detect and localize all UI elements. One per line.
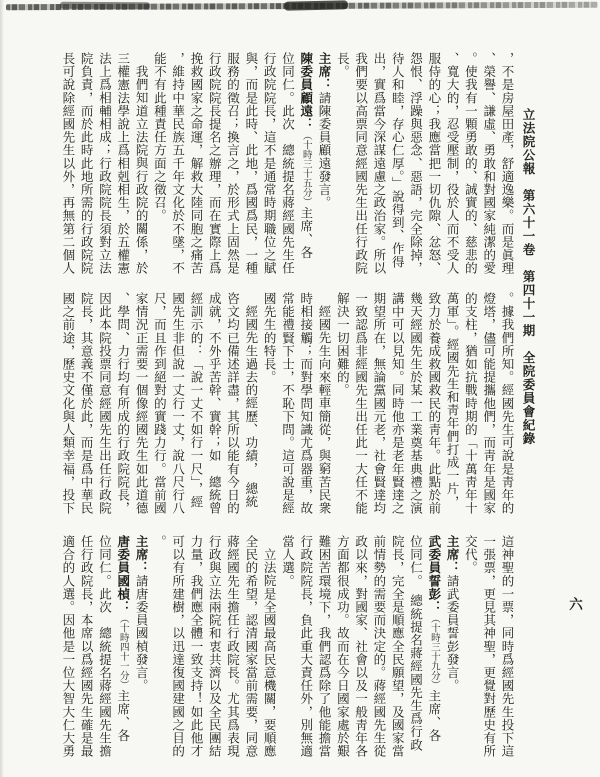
speaker-name: 武委員誓彭：: [427, 535, 441, 614]
text-run: 燈塔，儘可能提攜他們，而靑年是國家: [482, 292, 496, 515]
speaker-name: 主席：: [445, 535, 459, 574]
text-run: 萬軍」。經國先生和靑年們打成一片，: [445, 292, 459, 508]
register-top: ，不是房屋田產，舒適逸樂。而是眞理、榮譽、謙虛、勇敢和對國家純潔的愛。使我有一顆…: [50, 52, 516, 276]
text-column: 講中可以見知。同時他亦是老年賢達之: [388, 292, 406, 516]
text-run: 交代。: [463, 535, 477, 574]
text-column: 期望所在，無論黨國元老，社會賢達均: [370, 292, 388, 516]
text-run: 行政院院長提名之辦理，而在實際上爲: [207, 52, 221, 275]
text-column: 蔣經國先生擔任行政院長。尤其爲表現: [223, 535, 241, 777]
text-run: 家情況正需要一個像經國先生如此道德: [134, 292, 148, 515]
text-run: 位同仁。此次 總統提名蔣經國先生任: [280, 52, 294, 275]
text-column: 因此本院投票同意經國先生出任行政院: [95, 292, 113, 516]
text-column: 待人和睦，存心仁厚。」說得到、作得: [388, 52, 406, 276]
text-run: 院長，完全是順應全民願望，及國家當: [390, 535, 404, 758]
text-run: 行政與立法兩院和衷共濟以及全民團結: [207, 535, 221, 758]
text-column: 。: [150, 535, 168, 777]
text-run: 方面都很成功。故而在今日國家處於艱: [335, 535, 349, 758]
text-run: 。據我們所知。經國先生可說是靑年的: [500, 292, 514, 515]
text-column: 全民的希望，認清國家當前需要，同意: [242, 535, 260, 777]
speaker-name: 陳委員顧遠：: [299, 52, 313, 131]
text-run: 主席、各: [116, 690, 130, 742]
text-run: 時相接觸；而對學問知識尤爲器重，故: [299, 292, 313, 515]
text-column: 挽救國家之命運，解救大陸同胞之痛苦: [187, 52, 205, 276]
text-run: 、榮譽、謙虛、勇敢和對國家純潔的愛: [482, 52, 496, 275]
text-column: 時相接觸；而對學問知識尤爲器重，故: [296, 292, 314, 516]
text-column: 前情勢的需要而決定的。蔣經國先生從: [370, 535, 388, 777]
text-column: 出，實爲當今深謀遠慮之政治家。所以: [370, 52, 388, 276]
text-run: 前情勢的需要而決定的。蔣經國先生從: [372, 535, 386, 758]
paper-edge-shadow: [0, 0, 4, 777]
text-run: 一致認爲非經國先生出任此一大任不能: [354, 292, 368, 515]
text-run: 因此本院投票同意經國先生出任行政院: [97, 292, 111, 515]
text-column: 位同仁。此次 總統提名蔣經國先生擔: [95, 535, 113, 777]
text-column: 致力於養成救國救民的靑年。此點於前: [425, 292, 443, 516]
text-run: 院負責，而於此時此地所需的行政院院: [79, 52, 93, 275]
text-column: ，維持中華民族五千年文化於不墜，不: [168, 52, 186, 276]
text-column: 主席：請武委員誓彭發言。: [443, 535, 461, 777]
text-run: 院長，其意義不僅於此，而是爲中華民: [79, 292, 93, 515]
text-column: 可以有所建樹，以迅達復國建國之目的: [168, 535, 186, 777]
text-column: 與，而是此時、此地，爲國爲民，一種: [242, 52, 260, 276]
text-column: 能不有此種責任方面之徵召。: [150, 52, 168, 276]
text-run: 能不有此種責任方面之徵召。: [152, 52, 166, 222]
text-column: 咨文均已備述詳盡，其所以能有今日的: [223, 292, 241, 516]
text-run: 任行政院長，本席以爲經國先生確是最: [79, 535, 93, 758]
text-column: 唐委員國楨：（十時四十一分）主席、各: [113, 535, 131, 777]
speaker-name: 主席：: [317, 52, 331, 91]
text-run: 講中可以見知。同時他亦是老年賢達之: [390, 292, 404, 515]
text-column: 我們知道立法院與行政院的關係，於: [132, 52, 150, 276]
register-bottom: 這神聖的一票，同時爲經國先生投下這一張票，更見其神聖，更覺對歷史有所交代。主席：…: [50, 535, 516, 777]
text-column: 國先生的特長。: [260, 292, 278, 516]
text-run: 全民的希望，認清國家當前需要，同意: [244, 535, 258, 758]
text-column: 經國先生過去的經歷、功績， 總統: [242, 292, 260, 516]
text-column: 成就，不外乎苦幹、實幹；如 總統曾: [205, 292, 223, 516]
text-column: 國之前途，歷史文化與人類幸福，投下: [59, 292, 77, 516]
text-run: 怨恨、浮躁與惡念、惡語，完全除掉，: [409, 52, 423, 275]
register-middle: 。據我們所知。經國先生可說是靑年的燈塔，儘可能提攜他們，而靑年是國家的支柱，猶如…: [50, 292, 516, 516]
text-run: 、學問、力行均有所成的行政院院長，: [116, 292, 130, 515]
text-run: 行政院院長，這不是通常時期職位之賦: [262, 52, 276, 275]
text-run: 出，實爲當今深謀遠慮之政治家。所以: [372, 52, 386, 275]
text-run: 我們要以高票同意經國先生出任行政院: [354, 52, 368, 275]
scan-smudge-blob: [60, 2, 150, 10]
text-column: 長。: [333, 52, 351, 276]
text-column: 、寬大的，忍受壓制，役於人而不受人: [443, 52, 461, 276]
gazette-scan-page: { "page": { "background_color": "#f7f7f3…: [0, 0, 600, 777]
text-run: 解決一切困難的。: [335, 292, 349, 397]
text-column: 。據我們所知。經國先生可說是靑年的: [498, 292, 516, 516]
text-run: 這神聖的一票，同時爲經國先生投下這: [500, 535, 514, 758]
text-column: 院長，其意義不僅於此，而是爲中華民: [77, 292, 95, 516]
text-column: 、榮譽、謙虛、勇敢和對國家純潔的愛: [479, 52, 497, 276]
text-run: 國先生非但說一丈行一丈，說八尺行八: [171, 292, 185, 515]
text-column: 經國先生向來輕車簡從，與窮苦民衆: [315, 292, 333, 516]
text-column: 這神聖的一票，同時爲經國先生投下這: [498, 535, 516, 777]
text-column: 法上爲相輔相成；行政院院長須對立法: [95, 52, 113, 276]
text-column: 國先生非但說一丈行一丈，說八尺行八: [168, 292, 186, 516]
text-run: 適合的人選。因他是一位大智大仁大勇: [61, 535, 75, 758]
text-run: 待人和睦，存心仁厚。」說得到、作得: [390, 52, 404, 268]
text-column: 長可說除經國先生以外，再無第二個人: [59, 52, 77, 276]
text-run: 一張票，更見其神聖，更覺對歷史有所: [482, 535, 496, 758]
text-run: 難困苦環境下，我們認爲除了他能擔當: [317, 535, 331, 758]
text-column: 位同仁。 總統提名蔣經國先生爲行政: [406, 535, 424, 777]
scan-smudge-fade: [340, 0, 600, 14]
text-run: 常能禮賢下士，不恥下問。這可說是經: [280, 292, 294, 515]
text-column: 主席：請陳委員顧遠發言。: [315, 52, 333, 276]
text-column: 立法院是全國最高民意機關，要順應: [260, 535, 278, 777]
text-column: 幾天經國先生於某一工業奠基典禮之演: [406, 292, 424, 516]
text-run: 。: [152, 535, 166, 548]
text-column: 萬軍」。經國先生和靑年們打成一片，: [443, 292, 461, 516]
text-column: 力量，我們應全體一致支持！如此他才: [187, 535, 205, 777]
text-run: 經國先生向來輕車簡從，與窮苦民衆: [317, 305, 331, 515]
text-column: 行政與立法兩院和衷共濟以及全民團結: [205, 535, 223, 777]
speaker-name: 主席：: [134, 535, 148, 574]
text-run: 國先生的特長。: [262, 292, 276, 384]
text-column: 行政院院長提名之辦理，而在實際上爲: [205, 52, 223, 276]
text-run: 國之前途，歷史文化與人類幸福，投下: [61, 292, 75, 515]
text-run: （十時三十五分）: [301, 131, 311, 207]
text-run: 力量，我們應全體一致支持！如此他才: [189, 535, 203, 758]
text-column: 一張票，更見其神聖，更覺對歷史有所: [479, 535, 497, 777]
text-column: 、學問、力行均有所成的行政院院長，: [113, 292, 131, 516]
scan-smudge-blob: [284, 0, 348, 10]
text-column: 陳委員顧遠：（十時三十五分）主席、各: [296, 52, 314, 276]
text-run: 尺，而且作到絕對的實踐力行。當前國: [152, 292, 166, 515]
text-column: 行政院院長，負此重大責任外，別無適: [296, 535, 314, 777]
text-run: 法上爲相輔相成；行政院院長須對立法: [97, 52, 111, 275]
text-run: 蔣經國先生擔任行政院長。尤其爲表現: [226, 535, 240, 758]
gazette-header-title: 立法院公報 第六十一卷 第四十一期 全院委員會紀錄: [519, 108, 537, 420]
text-run: 立法院是全國最高民意機關，要順應: [262, 548, 276, 758]
text-run: 請唐委員國楨發言。: [134, 574, 148, 692]
speaker-name: 唐委員國楨：: [116, 535, 130, 614]
page-number: 六: [564, 597, 584, 611]
text-column: 政以來，對國家、社會以及一般靑年各: [351, 535, 369, 777]
text-run: 的支柱，猶如抗戰時期的「十萬靑年十: [463, 292, 477, 515]
text-run: 可以有所建樹，以迅達復國建國之目的: [171, 535, 185, 758]
text-column: 服務的徵召；換言之，於形式上固然是: [223, 52, 241, 276]
text-column: 燈塔，儘可能提攜他們，而靑年是國家: [479, 292, 497, 516]
text-column: 解決一切困難的。: [333, 292, 351, 516]
text-column: 院長，完全是順應全民願望，及國家當: [388, 535, 406, 777]
text-run: 政以來，對國家、社會以及一般靑年各: [354, 535, 368, 758]
text-column: 武委員誓彭：（十時三十九分）主席、各: [425, 535, 443, 777]
text-run: 我們知道立法院與行政院的關係，於: [134, 65, 148, 275]
text-column: 服侍的心；我應當把一切仇隙、忿怒、: [425, 52, 443, 276]
text-column: 位同仁。此次 總統提名蔣經國先生任: [278, 52, 296, 276]
text-column: 三權憲法學說上爲相剋相生，於五權憲: [113, 52, 131, 276]
text-column: 我們要以高票同意經國先生出任行政院: [351, 52, 369, 276]
text-column: 院負責，而於此時此地所需的行政院院: [77, 52, 95, 276]
text-run: ，不是房屋田產，舒適逸樂。而是眞理: [500, 52, 514, 275]
text-column: 方面都很成功。故而在今日國家處於艱: [333, 535, 351, 777]
text-column: 難困苦環境下，我們認爲除了他能擔當: [315, 535, 333, 777]
text-run: （十時三十九分）: [429, 614, 439, 690]
text-column: 常能禮賢下士，不恥下問。這可說是經: [278, 292, 296, 516]
text-run: 長。: [335, 52, 349, 78]
text-column: 家情況正需要一個像經國先生如此道德: [132, 292, 150, 516]
text-run: 行政院院長，負此重大責任外，別無適: [299, 535, 313, 758]
text-column: 當人選。: [278, 535, 296, 777]
text-run: 與，而是此時、此地，爲國爲民，一種: [244, 52, 258, 275]
text-column: ，不是房屋田產，舒適逸樂。而是眞理: [498, 52, 516, 276]
text-column: 尺，而且作到絕對的實踐力行。當前國: [150, 292, 168, 516]
text-run: 。使我有一顆勇敢的、誠實的、慈悲的: [463, 52, 477, 275]
text-column: 怨恨、浮躁與惡念、惡語，完全除掉，: [406, 52, 424, 276]
text-run: 主席、各: [299, 207, 313, 259]
text-run: ，維持中華民族五千年文化於不墜，不: [171, 52, 185, 275]
text-column: 行政院院長，這不是通常時期職位之賦: [260, 52, 278, 276]
text-column: 交代。: [461, 535, 479, 777]
text-run: 主席、各: [427, 690, 441, 742]
text-run: 請陳委員顧遠發言。: [317, 91, 331, 209]
text-column: 主席：請唐委員國楨發言。: [132, 535, 150, 777]
text-run: （十時四十一分）: [118, 614, 128, 690]
text-run: 挽救國家之命運，解救大陸同胞之痛苦: [189, 52, 203, 275]
text-column: 的支柱，猶如抗戰時期的「十萬靑年十: [461, 292, 479, 516]
text-run: 長可說除經國先生以外，再無第二個人: [61, 52, 75, 275]
text-column: 適合的人選。因他是一位大智大仁大勇: [59, 535, 77, 777]
text-run: 位同仁。 總統提名蔣經國先生爲行政: [409, 535, 423, 751]
text-run: 幾天經國先生於某一工業奠基典禮之演: [409, 292, 423, 515]
text-column: 任行政院長，本席以爲經國先生確是最: [77, 535, 95, 777]
text-column: 經訓示的：「說一丈不如行一尺」，經: [187, 292, 205, 516]
text-run: 期望所在，無論黨國元老，社會賢達均: [372, 292, 386, 515]
text-run: 服侍的心；我應當把一切仇隙、忿怒、: [427, 52, 441, 275]
text-column: 一致認爲非經國先生出任此一大任不能: [351, 292, 369, 516]
text-run: 經訓示的：「說一丈不如行一尺」，經: [189, 292, 203, 508]
text-run: 當人選。: [280, 535, 294, 587]
text-run: 服務的徵召；換言之，於形式上固然是: [226, 52, 240, 275]
text-run: 經國先生過去的經歷、功績， 總統: [244, 305, 258, 508]
text-column: 。使我有一顆勇敢的、誠實的、慈悲的: [461, 52, 479, 276]
text-run: 位同仁。此次 總統提名蔣經國先生擔: [97, 535, 111, 758]
text-run: 、寬大的，忍受壓制，役於人而不受人: [445, 52, 459, 275]
text-run: 致力於養成救國救民的靑年。此點於前: [427, 292, 441, 515]
text-run: 成就，不外乎苦幹、實幹；如 總統曾: [207, 292, 221, 515]
text-run: 咨文均已備述詳盡，其所以能有今日的: [226, 292, 240, 515]
text-run: 請武委員誓彭發言。: [445, 574, 459, 692]
text-run: 三權憲法學說上爲相剋相生，於五權憲: [116, 52, 130, 275]
